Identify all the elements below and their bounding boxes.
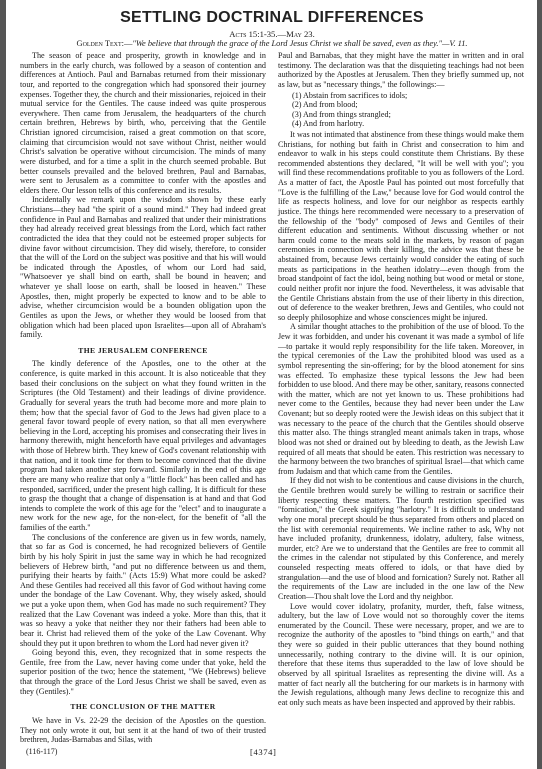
two-column-body: The season of peace and prosperity, grow… (20, 51, 524, 745)
list-item: (2) And from blood; (292, 100, 524, 110)
page-number: [4374] (250, 747, 277, 757)
document-page: SETTLING DOCTRINAL DIFFERENCES Acts 15:1… (20, 8, 524, 745)
paragraph: A similar thought attaches to the prohib… (278, 322, 524, 476)
paragraph: Going beyond this, even, they recognized… (20, 648, 266, 696)
article-title: SETTLING DOCTRINAL DIFFERENCES (20, 8, 524, 28)
restrictions-list: (1) Abstain from sacrifices to idols; (2… (292, 91, 524, 129)
paragraph: It was not intimated that abstinence fro… (278, 130, 524, 323)
list-item: (1) Abstain from sacrifices to idols; (292, 91, 524, 101)
lesson-range: (116-117) (26, 747, 57, 756)
right-scan-border (537, 0, 542, 769)
golden-text-label: Golden Text:— (77, 39, 133, 48)
scripture-reference: Acts 15:1-35.—May 23. (20, 29, 524, 39)
golden-text: Golden Text:—"We believe that through th… (20, 39, 524, 49)
list-item: (4) And from harlotry. (292, 119, 524, 129)
paragraph: The conclusions of the conference are gi… (20, 533, 266, 649)
paragraph: The kindly deference of the Apostles, on… (20, 359, 266, 532)
section-heading: THE JERUSALEM CONFERENCE (20, 346, 266, 356)
paragraph: Paul and Barnabas, that they might have … (278, 51, 524, 90)
left-scan-border (0, 0, 6, 769)
paragraph: Incidentally we remark upon the wisdom s… (20, 195, 266, 339)
left-column: The season of peace and prosperity, grow… (20, 51, 266, 745)
paragraph: The season of peace and prosperity, grow… (20, 51, 266, 195)
paragraph: We have in Vs. 22-29 the decision of the… (20, 716, 266, 745)
golden-text-quote: "We believe that through the grace of th… (132, 39, 467, 48)
right-column: Paul and Barnabas, that they might have … (278, 51, 524, 745)
paragraph: Love would cover idolatry, profanity, mu… (278, 602, 524, 708)
section-heading: THE CONCLUSION OF THE MATTER (20, 702, 266, 712)
paragraph: If they did not wish to be contentious a… (278, 476, 524, 601)
list-item: (3) And from things strangled; (292, 110, 524, 120)
